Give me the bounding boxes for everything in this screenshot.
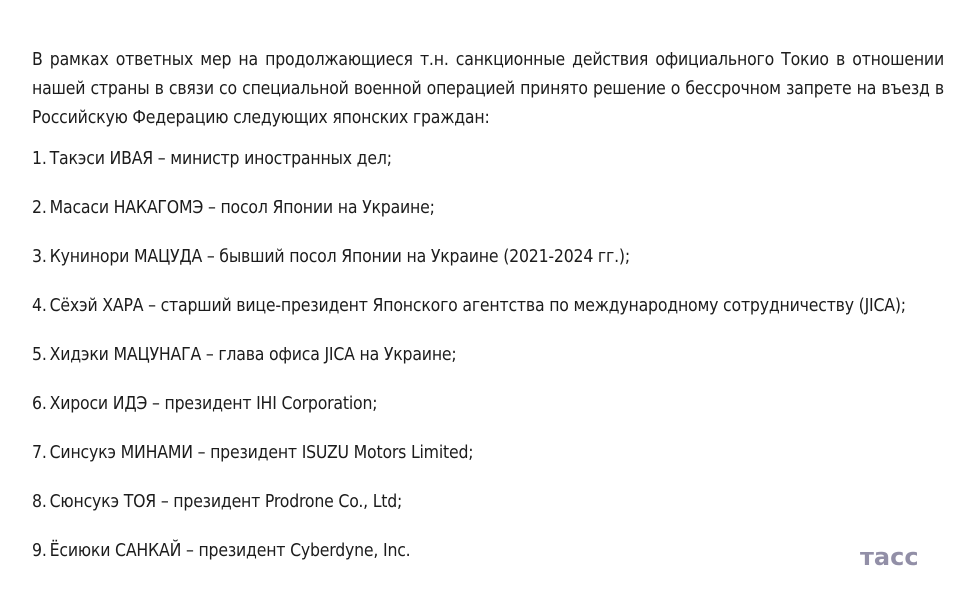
- item-number: 1.: [32, 149, 47, 169]
- item-text: Масаси НАКАГОМЭ – посол Японии на Украин…: [50, 198, 435, 218]
- list-item: 4.Сёхэй ХАРА – старший вице-президент Яп…: [32, 292, 944, 321]
- sanctions-list: 1.Такэси ИВАЯ – министр иностранных дел;…: [32, 145, 944, 566]
- list-item: 7.Синсукэ МИНАМИ – президент ISUZU Motor…: [32, 439, 944, 468]
- tass-logo-watermark: тасс: [860, 543, 919, 571]
- list-item: 8.Сюнсукэ ТОЯ – президент Prodrone Co., …: [32, 488, 944, 517]
- item-number: 2.: [32, 198, 47, 218]
- list-item: 2.Масаси НАКАГОМЭ – посол Японии на Укра…: [32, 194, 944, 223]
- item-number: 9.: [32, 541, 47, 561]
- item-number: 5.: [32, 345, 47, 365]
- item-text: Хидэки МАЦУНАГА – глава офиса JICA на Ук…: [50, 345, 457, 365]
- item-number: 3.: [32, 247, 47, 267]
- item-number: 4.: [32, 296, 47, 316]
- item-number: 8.: [32, 492, 47, 512]
- item-text: Такэси ИВАЯ – министр иностранных дел;: [50, 149, 392, 169]
- intro-paragraph: В рамках ответных мер на продолжающиеся …: [32, 46, 944, 133]
- item-text: Синсукэ МИНАМИ – президент ISUZU Motors …: [50, 443, 474, 463]
- list-item: 1.Такэси ИВАЯ – министр иностранных дел;: [32, 145, 944, 174]
- item-number: 7.: [32, 443, 47, 463]
- item-text: Сёхэй ХАРА – старший вице-президент Япон…: [50, 296, 906, 316]
- document-body: В рамках ответных мер на продолжающиеся …: [32, 46, 944, 586]
- item-text: Кунинори МАЦУДА – бывший посол Японии на…: [50, 247, 630, 267]
- item-text: Хироси ИДЭ – президент IHI Corporation;: [50, 394, 378, 414]
- list-item: 5.Хидэки МАЦУНАГА – глава офиса JICA на …: [32, 341, 944, 370]
- list-item: 6.Хироси ИДЭ – президент IHI Corporation…: [32, 390, 944, 419]
- list-item: 3.Кунинори МАЦУДА – бывший посол Японии …: [32, 243, 944, 272]
- item-text: Ёсиюки САНКАЙ – президент Cyberdyne, Inc…: [50, 541, 411, 561]
- item-number: 6.: [32, 394, 47, 414]
- list-item: 9.Ёсиюки САНКАЙ – президент Cyberdyne, I…: [32, 537, 944, 566]
- item-text: Сюнсукэ ТОЯ – президент Prodrone Co., Lt…: [50, 492, 403, 512]
